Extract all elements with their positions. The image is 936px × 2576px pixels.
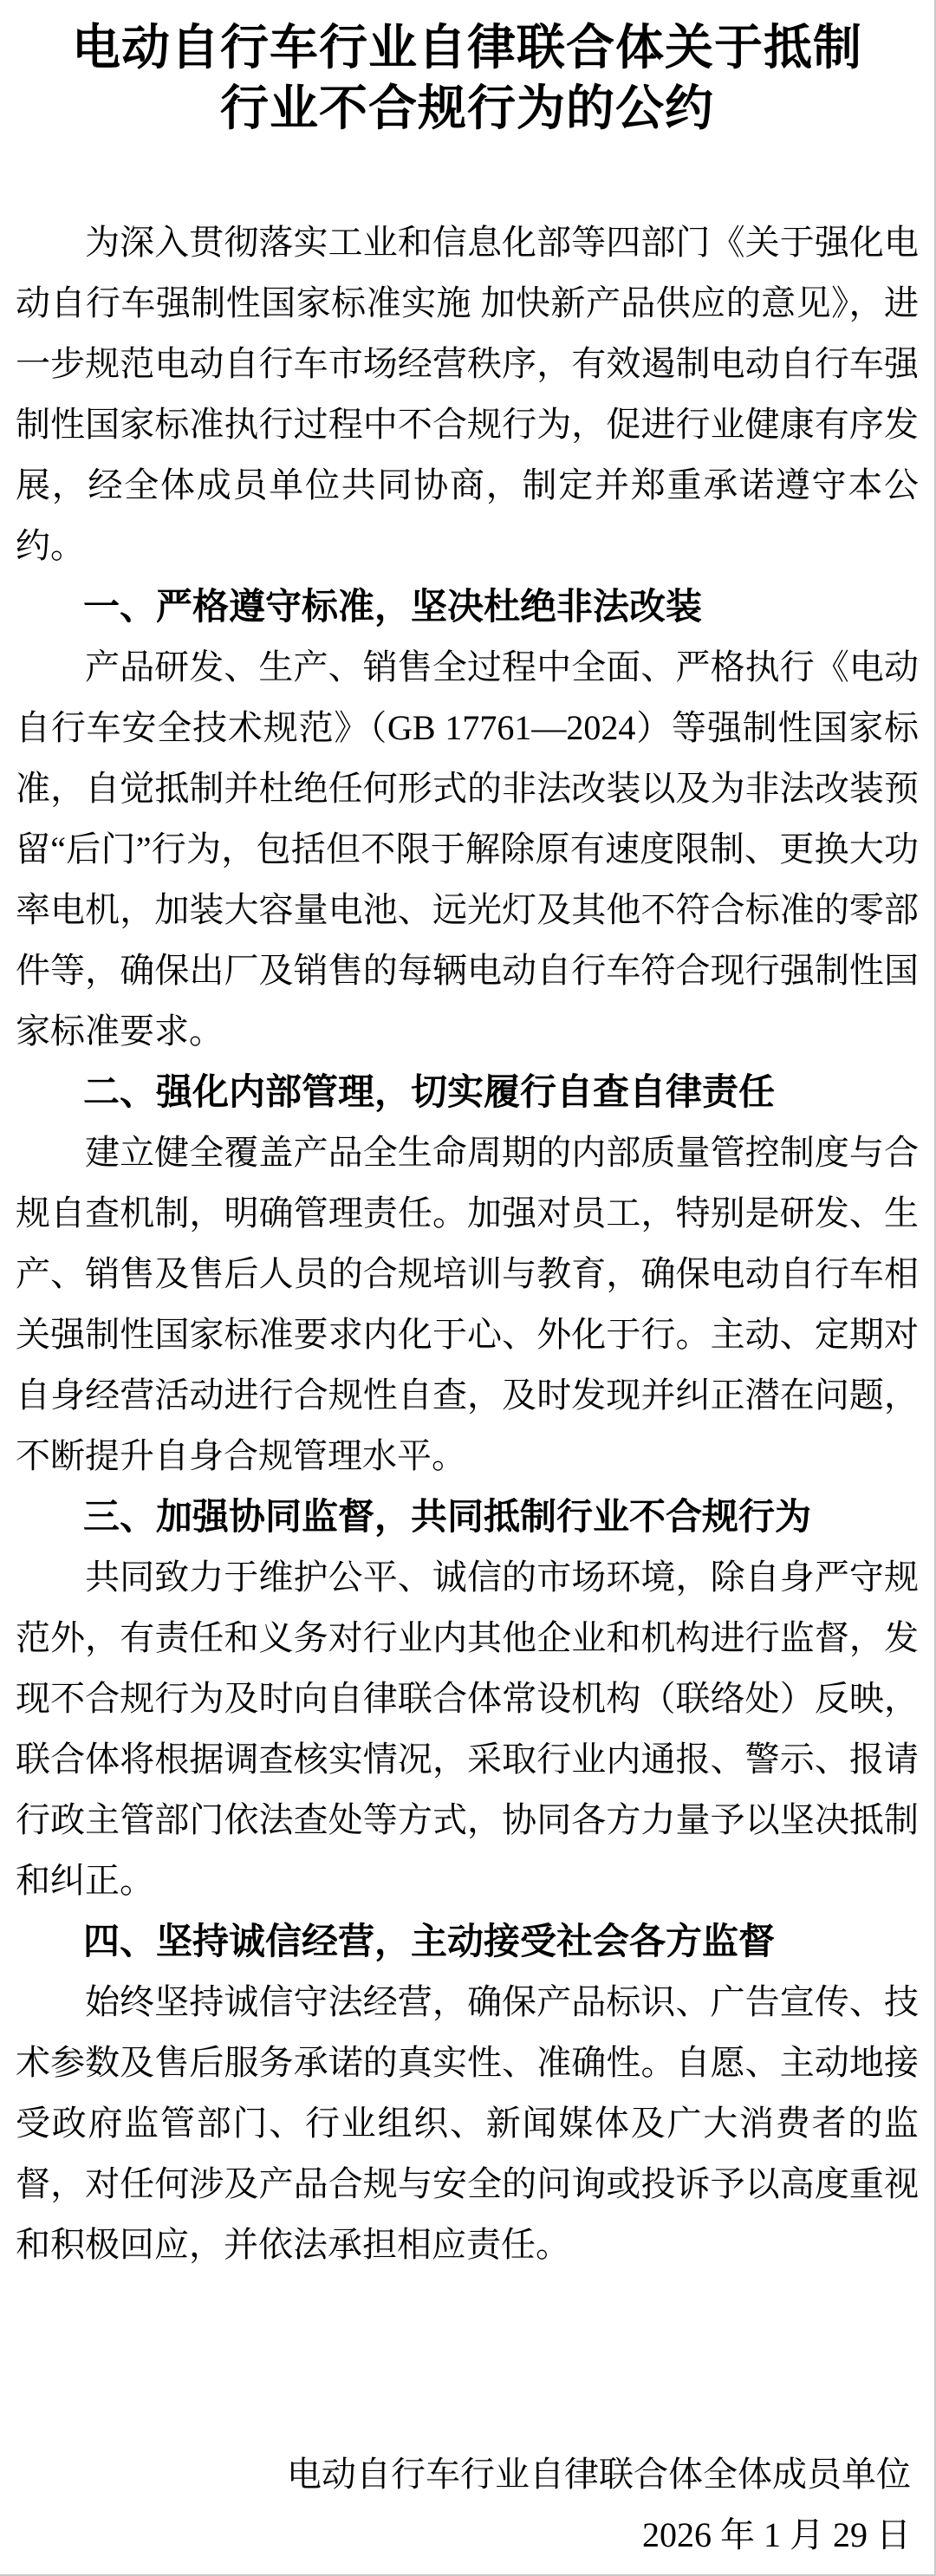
document-page: 电动自行车行业自律联合体关于抵制 行业不合规行为的公约 为深入贯彻落实工业和信息…: [0, 0, 936, 2576]
section-1-heading: 一、严格遵守标准，坚决杜绝非法改装: [16, 576, 919, 637]
section-2-paragraph: 建立健全覆盖产品全生命周期的内部质量管控制度与合规自查机制，明确管理责任。加强对…: [16, 1122, 919, 1486]
title-line-1: 电动自行车行业自律联合体关于抵制: [0, 18, 934, 79]
title-line-2: 行业不合规行为的公约: [0, 79, 934, 140]
section-2-heading: 二、强化内部管理，切实履行自查自律责任: [16, 1062, 919, 1122]
section-4-paragraph: 始终坚持诚信守法经营，确保产品标识、广告宣传、技术参数及售后服务承诺的真实性、准…: [16, 1972, 919, 2275]
section-3-paragraph: 共同致力于维护公平、诚信的市场环境，除自身严守规范外，有责任和义务对行业内其他企…: [16, 1547, 919, 1911]
signature-date: 2026 年 1 月 29 日: [287, 2505, 911, 2566]
intro-paragraph: 为深入贯彻落实工业和信息化部等四部门《关于强化电动自行车强制性国家标准实施 加快…: [16, 212, 919, 576]
section-3-heading: 三、加强协同监督，共同抵制行业不合规行为: [16, 1486, 919, 1547]
section-1-paragraph: 产品研发、生产、销售全过程中全面、严格执行《电动自行车安全技术规范》（GB 17…: [16, 637, 919, 1062]
section-4-heading: 四、坚持诚信经营，主动接受社会各方监督: [16, 1911, 919, 1972]
signature-organization: 电动自行车行业自律联合体全体成员单位: [287, 2444, 911, 2505]
document-title: 电动自行车行业自律联合体关于抵制 行业不合规行为的公约: [0, 0, 934, 140]
document-body: 为深入贯彻落实工业和信息化部等四部门《关于强化电动自行车强制性国家标准实施 加快…: [0, 212, 934, 2275]
signature-block: 电动自行车行业自律联合体全体成员单位 2026 年 1 月 29 日: [287, 2444, 911, 2566]
